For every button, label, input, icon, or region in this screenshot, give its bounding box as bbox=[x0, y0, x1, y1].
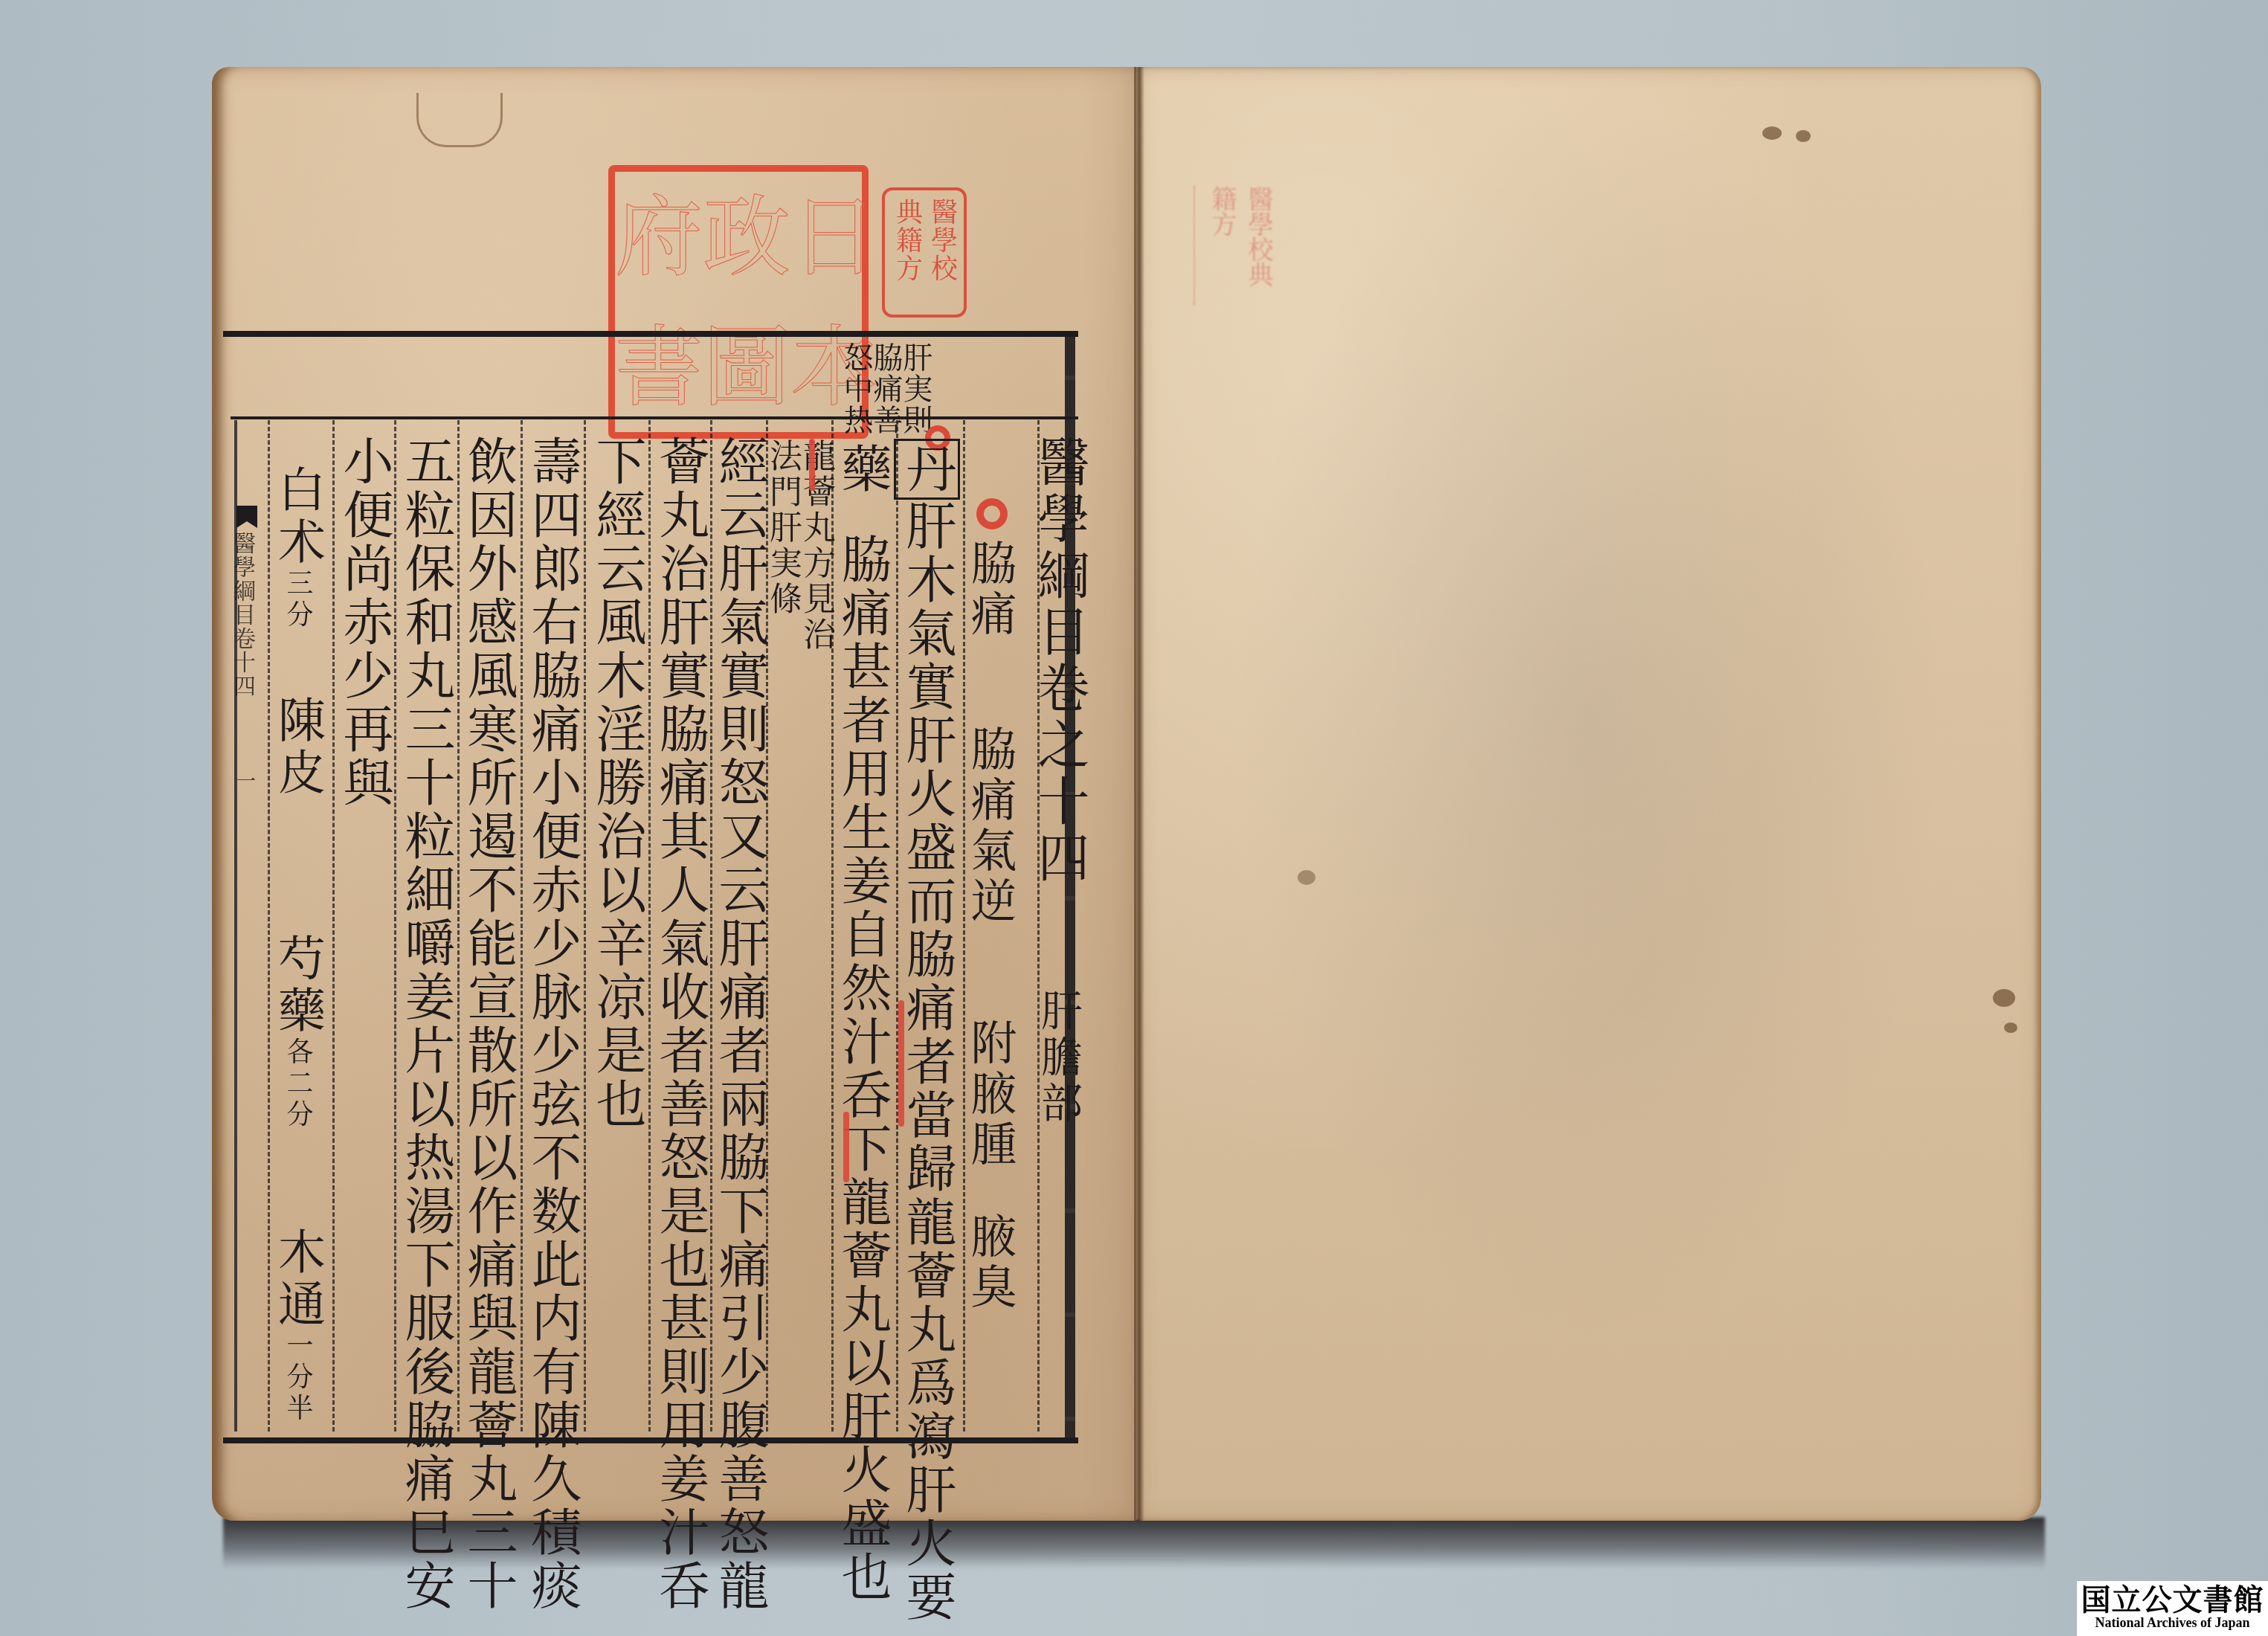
topic-heading: 脇痛 bbox=[967, 539, 1013, 640]
page-number: 一 bbox=[236, 766, 256, 793]
text-column-title: 醫學綱目卷之十四 bbox=[1034, 435, 1086, 887]
topic-item: 脇痛氣逆 bbox=[963, 725, 1017, 927]
herb-dose: 三分 bbox=[283, 569, 313, 631]
stain bbox=[1298, 870, 1315, 885]
column-text: 飲因外感風寒所遏不能宣散所以作痛與龍薈丸三十 bbox=[459, 435, 518, 1613]
prescription-item: 芍藥各二分 bbox=[274, 933, 321, 1131]
red-annotation-line bbox=[809, 439, 815, 491]
topic-item: 脇痛 bbox=[963, 539, 1017, 640]
book-gutter bbox=[1134, 67, 1144, 1521]
herb-name: 木通 bbox=[270, 1227, 325, 1331]
topic-heading: 腋臭 bbox=[967, 1212, 1013, 1313]
text-column: 經云肝氣實則怒又云肝痛者兩脇下痛引少腹善怒龍 bbox=[714, 435, 764, 1613]
prescription-item: 陳皮 bbox=[274, 695, 321, 799]
seal-igakko-tensekigata: 醫學校 典籍方 bbox=[882, 187, 967, 318]
text-column: 壽四郎右脇痛小便赤少脉少弦不数此内有陳久積痰 bbox=[526, 435, 577, 1613]
logo-english: National Archives of Japan bbox=[2095, 1615, 2249, 1632]
topic-heading: 附腋腫 bbox=[967, 1019, 1013, 1170]
text-column: 藥脇痛甚者用生姜自然汁呑下龍薈丸以肝火盛也 bbox=[837, 442, 887, 1604]
prescription-item: 木通一分半 bbox=[274, 1227, 321, 1425]
header-annotation: 怒中热 bbox=[840, 342, 872, 436]
wormhole bbox=[2004, 1022, 2017, 1033]
column-text: 藥 bbox=[833, 442, 892, 496]
red-annotation-line bbox=[898, 1000, 904, 1127]
red-annotation-line bbox=[843, 1112, 849, 1182]
volume-title: 醫學綱目卷之十四 bbox=[1029, 435, 1090, 887]
seal-char: 政 bbox=[703, 172, 790, 302]
topic-item: 腋臭 bbox=[963, 1212, 1017, 1313]
column-text: 薈丸治肝實脇痛其人氣收者善怒是也甚則用姜汁呑 bbox=[651, 435, 709, 1613]
header-annotation-line: 怒中热 bbox=[839, 342, 873, 436]
text-column: 薈丸治肝實脇痛其人氣收者善怒是也甚則用姜汁呑 bbox=[654, 435, 705, 1613]
column-text: 經云肝氣實則怒又云肝痛者兩脇下痛引少腹善怒龍 bbox=[710, 435, 769, 1613]
herb-dose: 一分半 bbox=[283, 1331, 313, 1425]
wormhole bbox=[1993, 989, 2015, 1007]
seal-char: 府 bbox=[615, 172, 703, 302]
seal-line: 典籍方 bbox=[893, 198, 921, 307]
text-column: 丹肝木氣實肝火盛而脇痛者當歸龍薈丸爲瀉肝火要 bbox=[901, 439, 952, 1624]
column-divider bbox=[584, 420, 586, 1431]
source-marker: 丹 bbox=[894, 439, 960, 500]
herb-name: 芍藥 bbox=[270, 933, 325, 1037]
prescription-item: 白术三分 bbox=[274, 465, 321, 631]
paper-tear-top-left bbox=[416, 93, 503, 147]
annotation-line: 法門肝実條 bbox=[764, 439, 802, 617]
text-column: 飲因外感風寒所遏不能宣散所以作痛與龍薈丸三十 bbox=[463, 435, 513, 1613]
column-text: 肝木氣實肝火盛而脇痛者當歸龍薈丸爲瀉肝火要 bbox=[898, 500, 956, 1624]
text-column: 小便尚赤少再與 bbox=[338, 435, 389, 810]
header-annotation-line: 肝実則 bbox=[898, 342, 932, 436]
seal-char: 日 bbox=[790, 172, 878, 302]
annotation-column: 法門肝実條 bbox=[766, 439, 799, 617]
annotation-line: 龍薈丸方見治 bbox=[797, 439, 835, 653]
herb-dose: 各二分 bbox=[283, 1037, 313, 1131]
column-text: 五粒保和丸三十粒細嚼姜片以热湯下服後脇痛巳安 bbox=[396, 435, 455, 1613]
text-column: 下經云風木淫勝治以辛凉是也 bbox=[591, 435, 642, 1131]
wormhole bbox=[1762, 126, 1782, 140]
column-text: 下經云風木淫勝治以辛凉是也 bbox=[587, 435, 646, 1131]
text-column: 五粒保和丸三十粒細嚼姜片以热湯下服後脇痛巳安 bbox=[400, 435, 451, 1613]
header-rule bbox=[231, 416, 1078, 419]
red-circle-mark-icon bbox=[976, 498, 1008, 529]
section-name: 肝膽部 bbox=[1034, 989, 1083, 1127]
topic-heading: 脇痛氣逆 bbox=[967, 725, 1013, 927]
wormhole bbox=[1796, 130, 1811, 142]
national-archives-logo: 国立公文書館 National Archives of Japan bbox=[2077, 1581, 2268, 1636]
topic-item: 附腋腫 bbox=[963, 1019, 1017, 1170]
section-label: 肝膽部 bbox=[1037, 989, 1079, 1127]
seal-offset-ghost: 醫學校典籍方 bbox=[1193, 186, 1277, 305]
header-annotation: 肝実則 bbox=[900, 342, 931, 436]
column-text: 小便尚赤少再與 bbox=[335, 435, 393, 810]
column-text: 壽四郎右脇痛小便赤少脉少弦不数此内有陳久積痰 bbox=[523, 435, 582, 1613]
centerfold-title: 醫學綱目卷十四 bbox=[223, 532, 253, 698]
herb-name: 陳皮 bbox=[270, 695, 325, 799]
seal-line: 醫學校 bbox=[928, 198, 956, 307]
column-text: 脇痛甚者用生姜自然汁呑下龍薈丸以肝火盛也 bbox=[833, 533, 892, 1604]
annotation-column: 龍薈丸方見治 bbox=[799, 439, 832, 653]
herb-name: 白术 bbox=[270, 465, 325, 569]
logo-japanese: 国立公文書館 bbox=[2081, 1585, 2264, 1615]
